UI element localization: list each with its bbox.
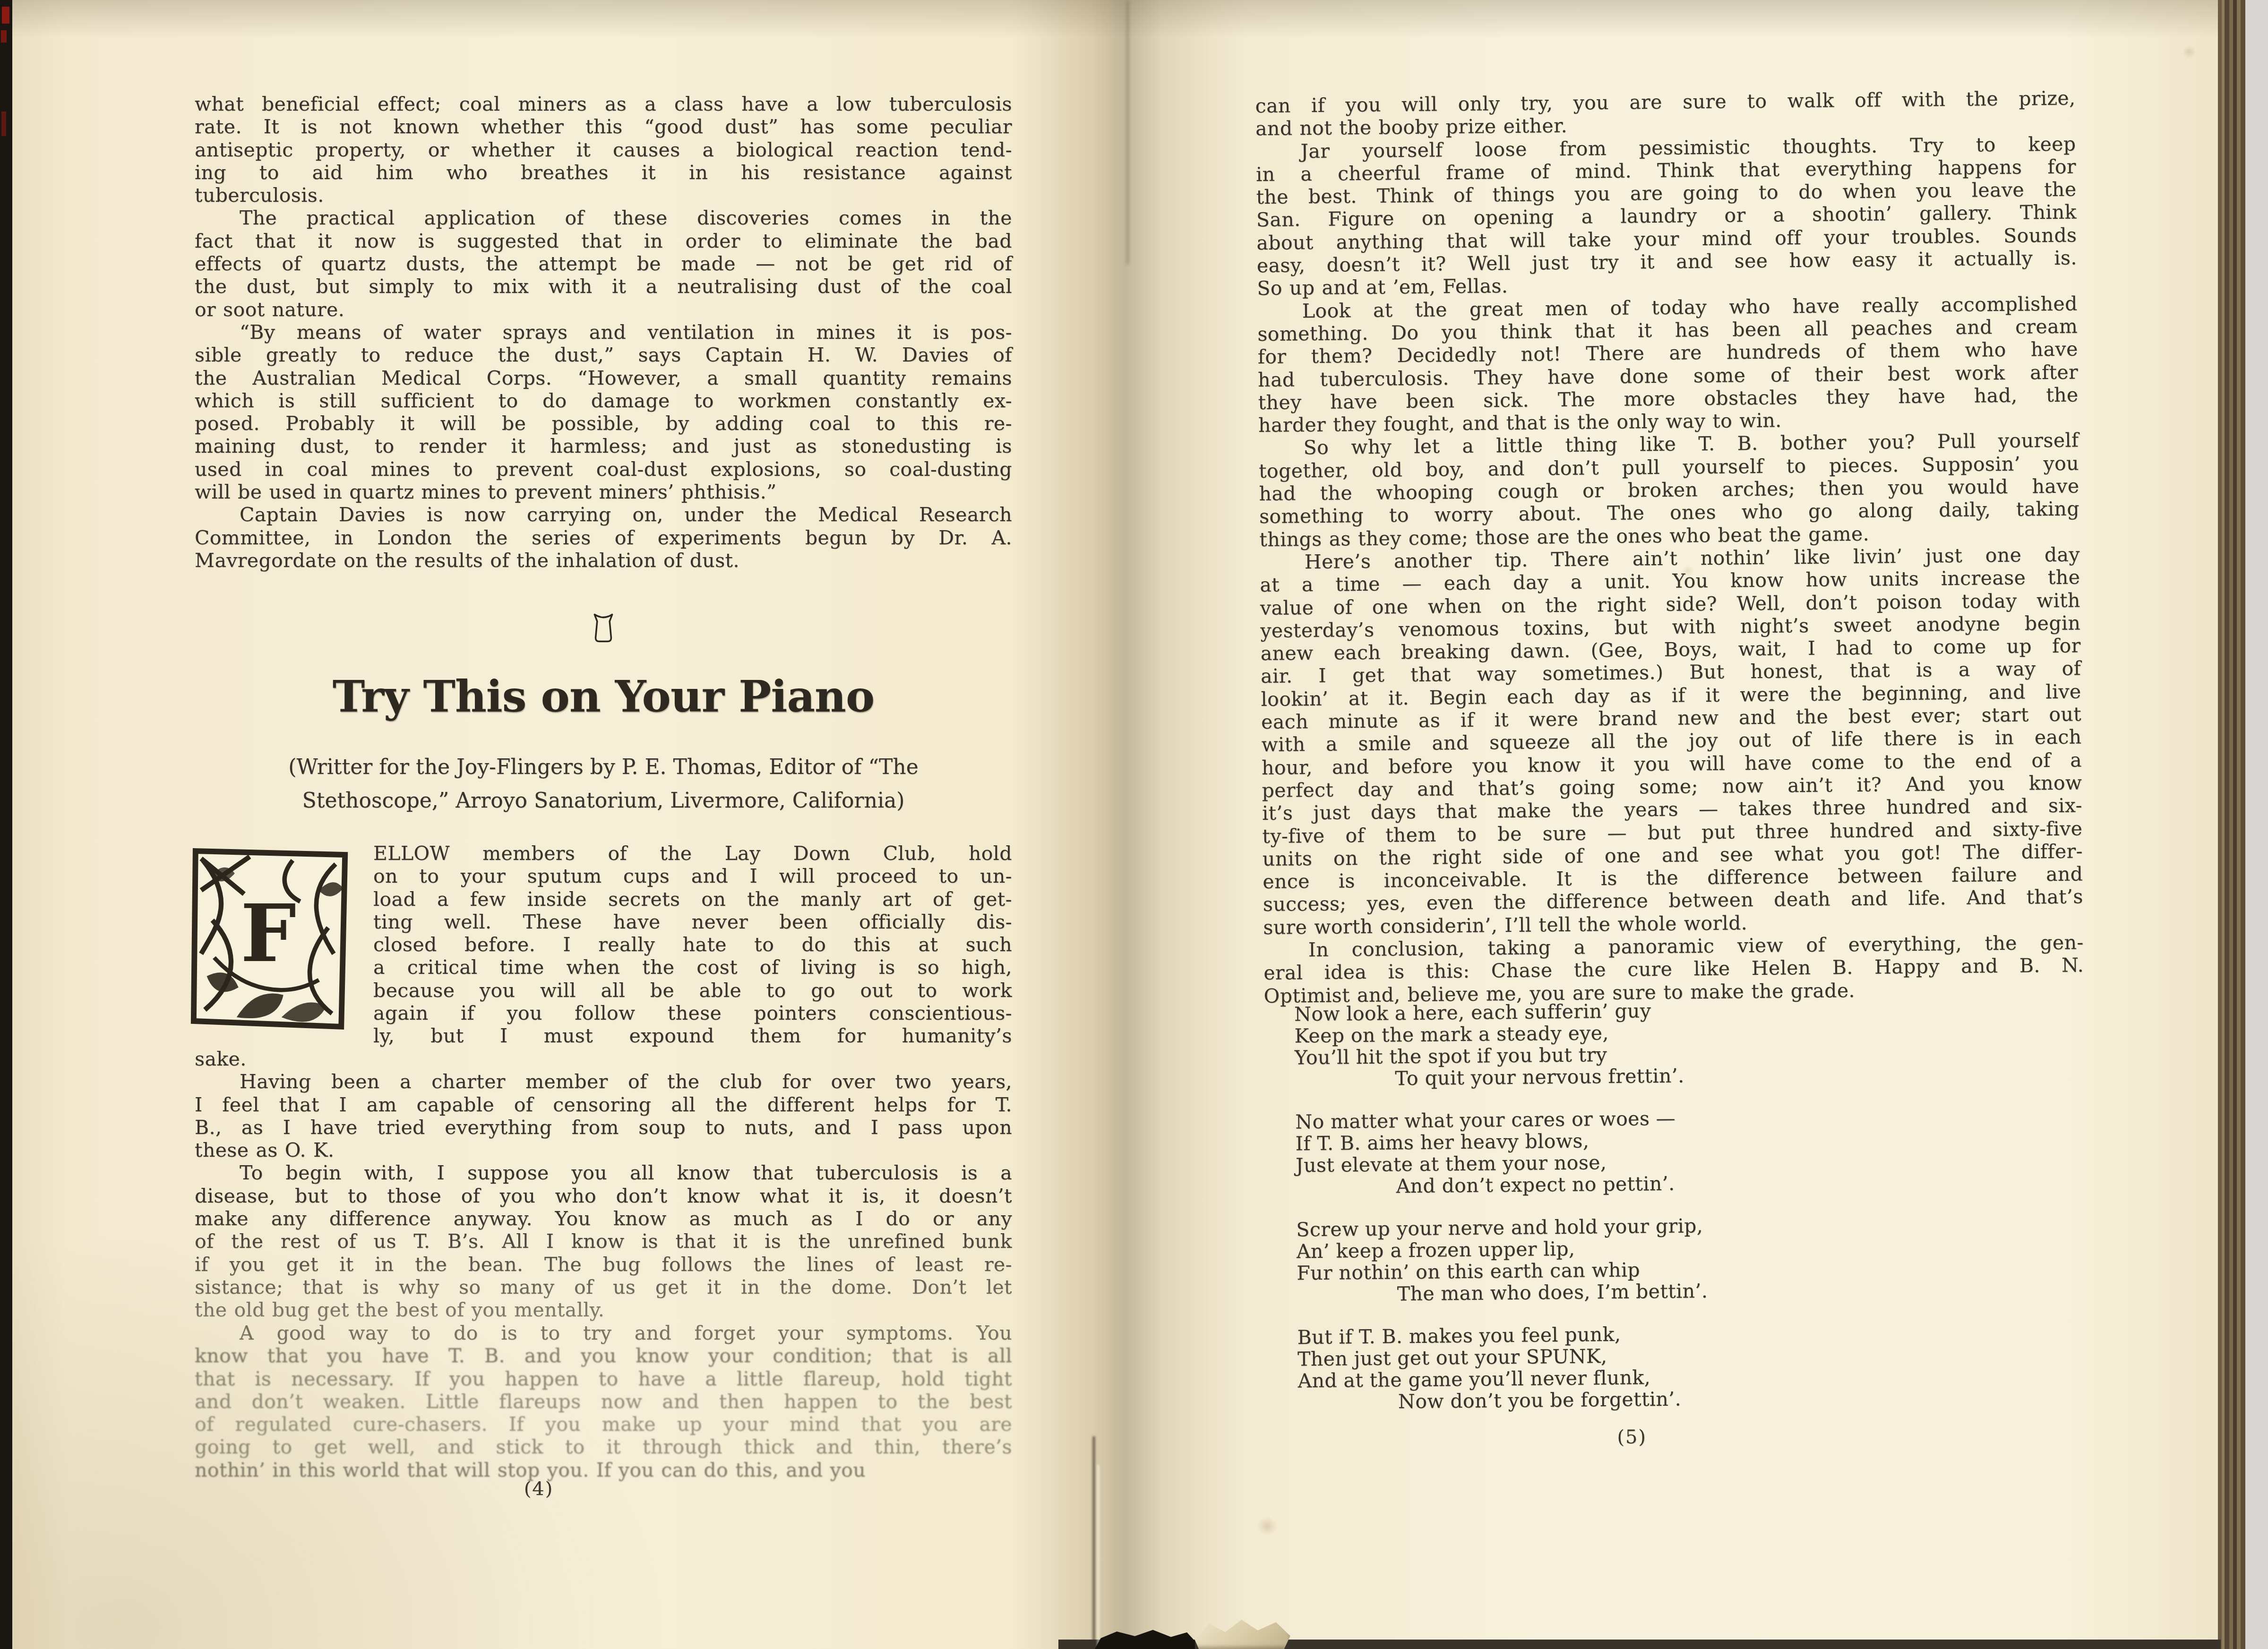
text-line: the dust, but simply to mix with it a ne… bbox=[195, 275, 1012, 298]
text-line: fact that it now is suggested that in or… bbox=[195, 230, 1012, 252]
text-line: again if you follow these pointers consc… bbox=[373, 1002, 1012, 1024]
text-line: ting well. These have never been officia… bbox=[373, 910, 1012, 933]
gutter-crease-bottom bbox=[1092, 1436, 1095, 1649]
scanner-background bbox=[2245, 0, 2268, 1649]
keystone-ornament-icon bbox=[591, 611, 616, 644]
poem-line: Now look a here, each sufferin’ guy bbox=[1294, 999, 1705, 1025]
poem-line: But if T. B. makes you feel punk, bbox=[1297, 1323, 1708, 1348]
poem-line: An’ keep a frozen upper lip, bbox=[1297, 1237, 1708, 1262]
text-line: antiseptic property, or whether it cause… bbox=[195, 138, 1012, 161]
dropcap-letter: F bbox=[241, 888, 296, 980]
poem-line: Keep on the mark a steady eye, bbox=[1294, 1021, 1705, 1047]
poem-line: No matter what your cares or woes — bbox=[1295, 1107, 1706, 1133]
poem-line: The man who does, I’m bettin’. bbox=[1297, 1280, 1708, 1305]
red-mark bbox=[1, 112, 6, 136]
poem-stanza: Now look a here, each sufferin’ guyKeep … bbox=[1294, 999, 1706, 1090]
text-line: maining dust, to render it harmless; and… bbox=[195, 435, 1012, 457]
text-line: that is necessary. If you happen to have… bbox=[195, 1367, 1012, 1390]
text-line: (Writter for the Joy-Flingers by P. E. T… bbox=[195, 750, 1012, 784]
text-line: which is still sufficient to do damage t… bbox=[195, 389, 1012, 412]
text-line: tuberculosis. bbox=[195, 184, 1012, 206]
left-faded-text: A good way to do is to try and forget yo… bbox=[195, 1322, 1012, 1481]
gutter-crease-top bbox=[1126, 0, 1129, 265]
text-line: because you will all be able to go out t… bbox=[373, 979, 1012, 1002]
text-line: these as O. K. bbox=[195, 1139, 1012, 1161]
text-line: of the rest of us T. B’s. All I know is … bbox=[195, 1230, 1012, 1253]
right-page: can if you will only try, you are sure t… bbox=[1254, 0, 2096, 1649]
text-line: what beneficial effect; coal miners as a… bbox=[195, 93, 1012, 115]
poem-stanza: No matter what your cares or woes —If T.… bbox=[1295, 1107, 1707, 1198]
text-line: posed. Probably it will be possible, by … bbox=[195, 412, 1012, 435]
text-line: a critical time when the cost of living … bbox=[373, 956, 1012, 979]
poem-line: If T. B. aims her heavy blows, bbox=[1296, 1129, 1707, 1154]
text-line: and don’t weaken. Little flareups now an… bbox=[195, 1390, 1012, 1413]
page-number-left: (4) bbox=[195, 1478, 883, 1500]
text-line: closed before. I really hate to do this … bbox=[373, 933, 1012, 956]
text-line: ing to aid him who breathes it in his re… bbox=[195, 161, 1012, 184]
text-line: or soot nature. bbox=[195, 298, 1012, 321]
text-line: ELLOW members of the Lay Down Club, hold bbox=[373, 842, 1012, 865]
page-block-edge bbox=[2218, 0, 2245, 1649]
gutter-shadow bbox=[1011, 0, 1247, 1649]
text-line: ly, but I must expound them for humanity… bbox=[373, 1024, 1012, 1047]
text-line: load a few inside secrets on the manly a… bbox=[373, 888, 1012, 910]
text-line: Stethoscope,” Arroyo Sanatorium, Livermo… bbox=[195, 784, 1012, 817]
text-line: sistance; that is why so many of us get … bbox=[195, 1276, 1012, 1298]
article-title: Try This on Your Piano bbox=[195, 671, 1012, 722]
poem-stanza: But if T. B. makes you feel punk,Then ju… bbox=[1297, 1323, 1709, 1413]
text-line: will be used in quartz mines to prevent … bbox=[195, 481, 1012, 503]
text-line: effects of quartz dusts, the attempt be … bbox=[195, 252, 1012, 275]
text-line: used in coal mines to prevent coal-dust … bbox=[195, 458, 1012, 481]
text-line: of regulated cure-chasers. If you make u… bbox=[195, 1413, 1012, 1435]
red-mark bbox=[2, 7, 9, 24]
text-line: The practical application of these disco… bbox=[195, 206, 1012, 229]
text-line: going to get well, and stick to it throu… bbox=[195, 1435, 1012, 1458]
text-line: sake. bbox=[195, 1048, 1012, 1070]
text-line: Captain Davies is now carrying on, under… bbox=[195, 503, 1012, 526]
text-line: the old bug get the best of you mentally… bbox=[195, 1298, 1012, 1321]
poem-stanza: Screw up your nerve and hold your grip,A… bbox=[1296, 1215, 1708, 1305]
text-line: B., as I have tried everything from soup… bbox=[195, 1116, 1012, 1139]
book-scan: what beneficial effect; coal miners as a… bbox=[0, 0, 2268, 1649]
dropcap-paragraph-text: ELLOW members of the Lay Down Club, hold… bbox=[373, 842, 1012, 1048]
article-byline: (Writter for the Joy-Flingers by P. E. T… bbox=[195, 750, 1012, 817]
text-line: Committee, in London the series of exper… bbox=[195, 526, 1012, 549]
text-line: “By means of water sprays and ventilatio… bbox=[195, 321, 1012, 344]
text-line: Having been a charter member of the club… bbox=[195, 1070, 1012, 1093]
text-line: if you get it in the bean. The bug follo… bbox=[195, 1253, 1012, 1276]
poem-line: And don’t expect no pettin’. bbox=[1296, 1172, 1707, 1198]
gutter-crease-highlight bbox=[1097, 1465, 1100, 1649]
dropcap-woodcut: F bbox=[188, 845, 352, 1033]
text-line: know that you have T. B. and you know yo… bbox=[195, 1344, 1012, 1367]
text-line: the Australian Medical Corps. “However, … bbox=[195, 367, 1012, 389]
poem-line: To quit your nervous frettin’. bbox=[1295, 1065, 1706, 1090]
left-middle-text: sake.Having been a charter member of the… bbox=[195, 1048, 1012, 1322]
text-line: I feel that I am capable of censoring al… bbox=[195, 1093, 1012, 1116]
right-body-text: can if you will only try, you are sure t… bbox=[1255, 86, 2084, 1007]
stain bbox=[2182, 45, 2196, 59]
poem-line: Now don’t you be forgettin’. bbox=[1298, 1388, 1709, 1413]
text-line: sible greatly to reduce the dust,” says … bbox=[195, 344, 1012, 366]
left-top-text: what beneficial effect; coal miners as a… bbox=[195, 93, 1012, 572]
red-mark bbox=[1, 30, 7, 43]
text-line: To begin with, I suppose you all know th… bbox=[195, 1161, 1012, 1184]
text-line: make any difference anyway. You know as … bbox=[195, 1207, 1012, 1230]
text-line: Mavregordate on the results of the inhal… bbox=[195, 549, 1012, 572]
spine-edge bbox=[0, 0, 12, 1649]
text-line: A good way to do is to try and forget yo… bbox=[195, 1322, 1012, 1344]
text-line: disease, but to those of you who don’t k… bbox=[195, 1185, 1012, 1207]
text-line: on to your sputum cups and I will procee… bbox=[373, 865, 1012, 887]
text-line: rate. It is not known whether this “good… bbox=[195, 115, 1012, 138]
poem-line: Screw up your nerve and hold your grip, bbox=[1296, 1215, 1707, 1240]
poem: Now look a here, each sufferin’ guyKeep … bbox=[1294, 999, 1709, 1434]
